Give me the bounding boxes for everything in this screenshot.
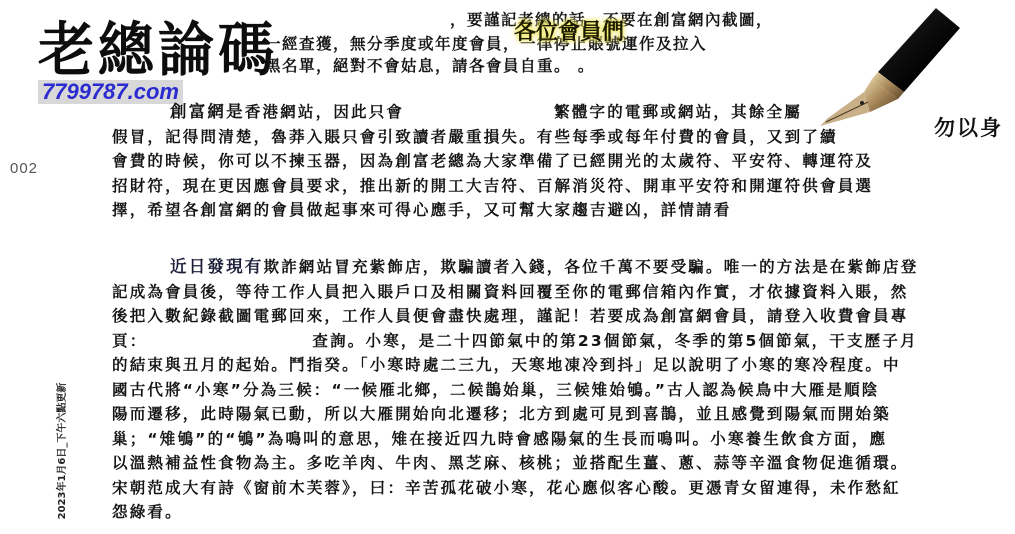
paragraph-line: 記成為會員後，等待工作人員把入賬戶口及相關資料回覆至你的電郵信箱內作實，才依據資…: [112, 280, 1012, 305]
members-badge: 各位會員們: [514, 20, 624, 46]
paragraph-line: 近日發現有欺詐網站冒充紫飾店，欺騙讀者入錢，各位千萬不要受騙。唯一的方法是在紫飾…: [112, 255, 1012, 280]
paragraph-lead: 近日發現有: [170, 257, 264, 276]
paragraph-membership: 創富網是香港網站，因此只會繁體字的電郵或網站，其餘全屬 假冒，記得問清楚，魯莽入…: [112, 100, 1012, 223]
paragraph-line: 會費的時候，你可以不揀玉器，因為創富老總為大家準備了已經開光的太歲符、平安符、轉…: [112, 149, 1012, 174]
update-timestamp: 2023年1月6日_下午六點更新: [57, 376, 69, 526]
page-number: 002: [10, 160, 38, 177]
paragraph-line: 以溫熱補益性食物為主。多吃羊肉、牛肉、黑芝麻、核桃；並搭配生薑、蔥、蒜等辛溫食物…: [112, 451, 1012, 476]
notice-line-2: 一經查獲，無分季度或年度會員，一律停止賬號運作及拉入: [265, 34, 707, 54]
logo-title: 老總論碼: [38, 16, 278, 83]
line-text: 欺詐網站冒充紫飾店，欺騙讀者入錢，各位千萬不要受騙。唯一的方法是在紫飾店登: [264, 258, 919, 276]
paragraph-line: 後把入數紀錄截圖電郵回來，工作人員便會盡快處理，謹記！若要成為創富網會員，請登入…: [112, 304, 1012, 329]
paragraph-line: 怨綠看。: [112, 500, 1012, 525]
paragraph-line: 招財符，現在更因應會員要求，推出新的開工大吉符、百解消災符、開車平安符和開運符供…: [112, 174, 1012, 199]
paragraph-line: 假冒，記得問清楚，魯莽入賬只會引致讀者嚴重損失。有些每季或每年付費的會員，又到了…: [112, 125, 1012, 150]
line-text: 頁：: [112, 332, 147, 350]
line-text: 查詢。小寒，是二十四節氣中的第23個節氣，冬季的第5個節氣，干支歷子月: [312, 332, 917, 350]
paragraph-line: 陽而遷移，此時陽氣已動，所以大雁開始向北遷移；北方到處可見到喜鵲，並且感覺到陽氣…: [112, 402, 1012, 427]
paragraph-line: 國古代將“小寒”分為三候：“一候雁北鄉，二候鵲始巢，三候雉始鴝。”古人認為候鳥中…: [112, 378, 1012, 403]
paragraph-line: 巢；“雉鴝”的“鴝”為鳴叫的意思，雉在接近四九時會感陽氣的生長而鳴叫。小寒養生飲…: [112, 427, 1012, 452]
line-text: 香港網站，因此只會: [245, 103, 404, 121]
paragraph-lead: 創富網是: [170, 102, 245, 121]
notice-line-3: 黑名單，絕對不會姑息，請各會員自重。 。: [265, 56, 595, 76]
paragraph-scam-warning: 近日發現有欺詐網站冒充紫飾店，欺騙讀者入錢，各位千萬不要受騙。唯一的方法是在紫飾…: [112, 255, 1012, 525]
paragraph-line: 擇，希望各創富網的會員做起事來可得心應手，又可幫大家趨吉避凶，詳情請看: [112, 198, 1012, 223]
paragraph-line: 創富網是香港網站，因此只會繁體字的電郵或網站，其餘全屬: [112, 100, 1012, 125]
paragraph-line: 的結束與丑月的起始。鬥指癸。「小寒時處二三九，天寒地凍冷到抖」足以說明了小寒的寒…: [112, 353, 1012, 378]
paragraph-line: 宋朝范成大有詩《窗前木芙蓉》，曰：辛苦孤花破小寒，花心應似客心酸。更憑青女留連得…: [112, 476, 1012, 501]
paragraph-line: 頁：查詢。小寒，是二十四節氣中的第23個節氣，冬季的第5個節氣，干支歷子月: [112, 329, 1012, 354]
line-text: 繁體字的電郵或網站，其餘全屬: [554, 103, 802, 121]
